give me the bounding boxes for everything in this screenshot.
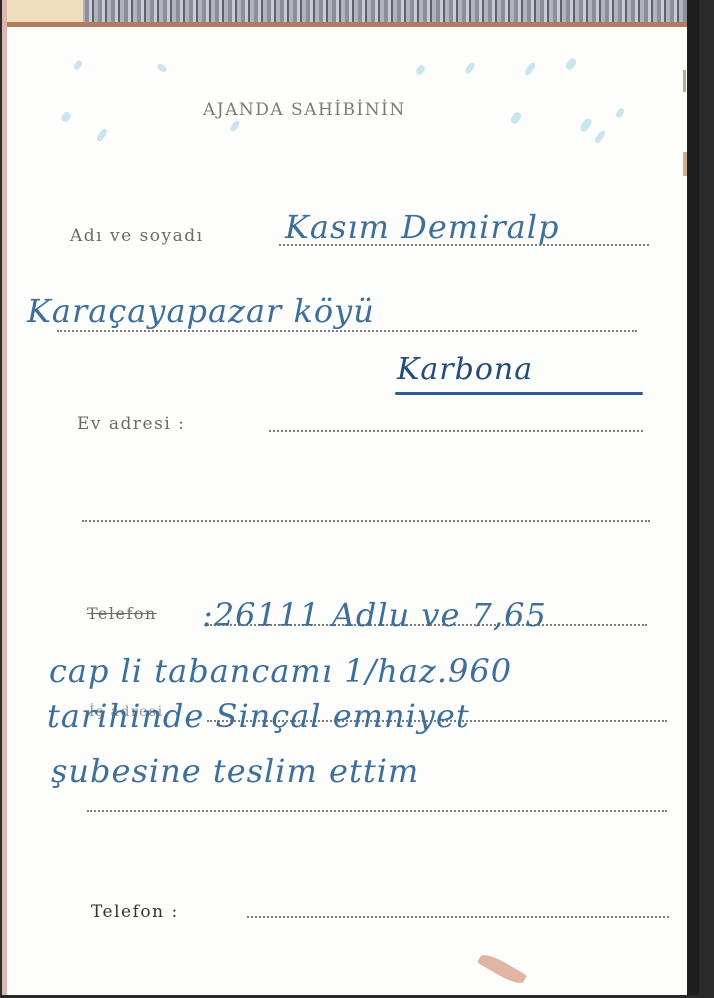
note-line-1: cap li tabancamı 1/haz.960	[49, 652, 512, 690]
name-label: Adı ve soyadı	[70, 226, 204, 246]
handwritten-underline	[395, 392, 643, 395]
ink-speck	[524, 62, 537, 77]
ink-speck	[579, 117, 594, 133]
work-address-dotted-line-2	[87, 810, 667, 812]
ink-speck	[156, 63, 168, 74]
ink-speck	[615, 107, 626, 119]
name-handwritten: Kasım Demiralp	[285, 208, 559, 246]
page-title: AJANDA SAHİBİNİN	[203, 100, 406, 120]
ink-speck	[594, 130, 607, 145]
home-address-label: Ev adresi :	[77, 414, 185, 434]
ink-speck	[60, 111, 72, 124]
ink-speck	[564, 57, 577, 71]
stain-mark	[683, 70, 686, 92]
agenda-owner-page: AJANDA SAHİBİNİN Adı ve soyadı Kasım Dem…	[2, 0, 699, 995]
scan-edge	[687, 0, 699, 995]
ink-speck	[415, 64, 426, 76]
phone-handwritten: :26111 Adlu ve 7,65	[202, 596, 547, 634]
village-handwritten: Karaçayapazar köyü	[27, 292, 375, 330]
phone-2-label: Telefon :	[91, 902, 179, 922]
phone-2-dotted-line	[247, 916, 669, 918]
ink-speck	[73, 59, 84, 71]
home-address-dotted-line	[269, 430, 643, 432]
village-handwritten-2: Karbona	[397, 352, 533, 387]
village-dotted-line	[57, 330, 637, 332]
note-line-3: şubesine teslim ettim	[51, 752, 419, 790]
ink-speck	[229, 119, 241, 132]
stain-mark	[477, 950, 527, 987]
phone-label: Telefon	[87, 604, 157, 623]
fabric-binding-strip	[7, 0, 699, 27]
ink-speck	[96, 128, 109, 143]
home-address-dotted-line-2	[82, 520, 650, 522]
ink-speck	[464, 61, 476, 74]
ink-speck	[509, 111, 522, 125]
binding-tan-patch	[7, 0, 83, 22]
note-line-2: tarihinde Sinçal emniyet	[47, 697, 470, 735]
